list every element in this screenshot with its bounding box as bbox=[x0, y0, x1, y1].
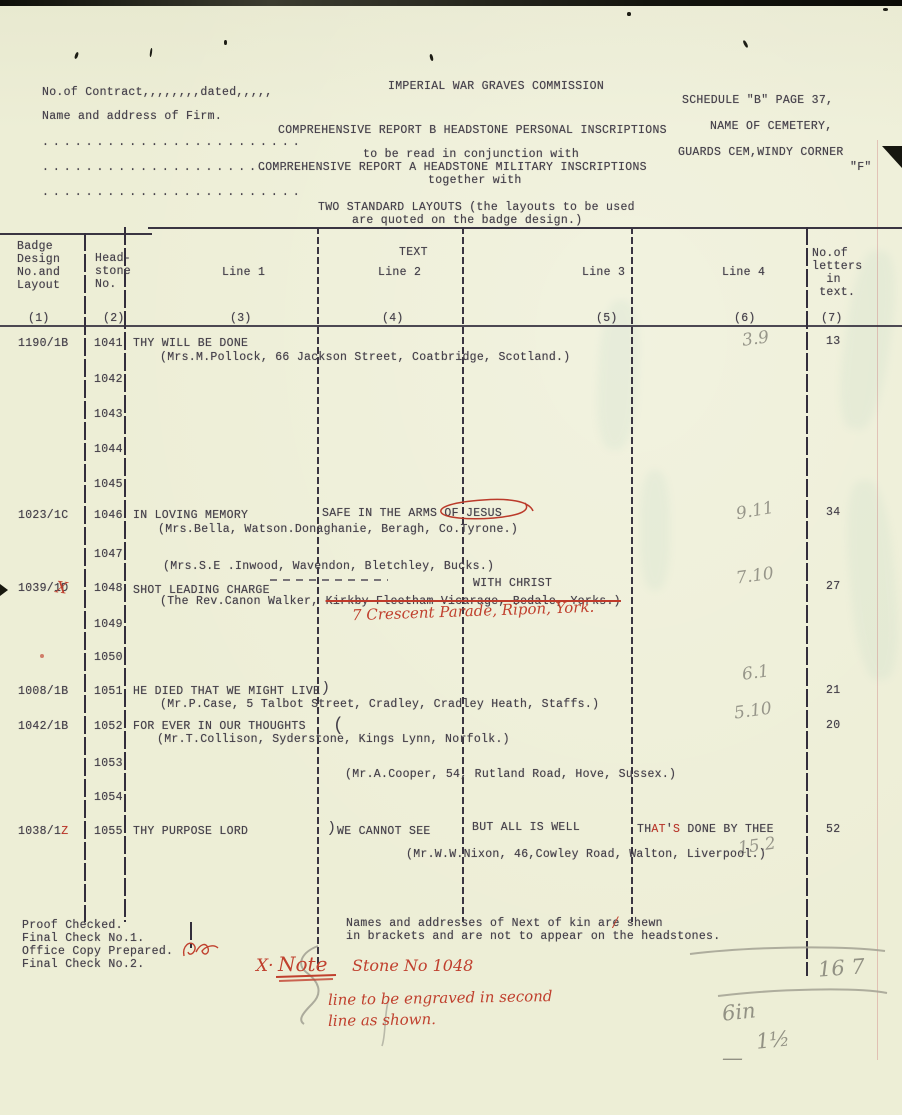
dotted-fill-line: ........................ bbox=[42, 136, 304, 149]
conjunction-line: to be read in conjunction with bbox=[363, 148, 579, 161]
table-top-rule bbox=[148, 227, 902, 229]
headstone-number: 1051 bbox=[94, 685, 123, 698]
next-of-kin-address: (Mrs.M.Pollock, 66 Jackson Street, Coatb… bbox=[160, 351, 570, 364]
layouts-line-1: TWO STANDARD LAYOUTS (the layouts to be … bbox=[318, 201, 635, 214]
headstone-number: 1041 bbox=[94, 337, 123, 350]
red-circle-annotation bbox=[437, 496, 539, 522]
line4-black: TH bbox=[637, 823, 651, 836]
together-line: together with bbox=[428, 174, 522, 187]
pencil-measure-inches: 6in bbox=[721, 998, 757, 1025]
badge-number: 1042/1B bbox=[18, 720, 68, 733]
col-header-line2: Line 2 bbox=[378, 266, 421, 279]
red-note-word: Note bbox=[278, 952, 327, 976]
col-group-text: TEXT bbox=[399, 246, 428, 259]
letter-count: 27 bbox=[826, 580, 840, 593]
letter-count: 52 bbox=[826, 823, 840, 836]
ink-speck bbox=[224, 40, 227, 45]
headstone-number: 1048 bbox=[94, 582, 123, 595]
red-slash-mark: / bbox=[613, 915, 618, 931]
line4-red: AT bbox=[651, 823, 665, 836]
pencil-measurement: 6.1 bbox=[741, 661, 771, 685]
headstone-number: 1047 bbox=[94, 548, 123, 561]
ink-speck bbox=[149, 48, 152, 57]
next-of-kin-address: (Mr.W.W.Nixon, 46,Cowley Road, Walton, L… bbox=[406, 848, 766, 861]
commission-title: IMPERIAL WAR GRAVES COMMISSION bbox=[388, 80, 604, 93]
col-header-letters: No.of letters in text. bbox=[812, 247, 862, 299]
column-rule-6 bbox=[806, 227, 808, 976]
col-header-badge: Badge Design No.and Layout bbox=[17, 240, 60, 292]
firm-name-label: Name and address of Firm. bbox=[42, 110, 222, 123]
col-header-headstone: Head- stone No. bbox=[95, 252, 131, 291]
col-num-7: (7) bbox=[821, 312, 843, 325]
badge-number: 1008/1B bbox=[18, 685, 68, 698]
col-num-6: (6) bbox=[734, 312, 756, 325]
red-note-line2: line as shown. bbox=[328, 1010, 436, 1030]
show-through-stain bbox=[640, 470, 670, 590]
typed-bracket-mark: ) bbox=[320, 680, 331, 698]
headstone-number: 1042 bbox=[94, 373, 123, 386]
typed-bracket-mark: ) bbox=[326, 820, 336, 838]
report-a-title: COMPREHENSIVE REPORT A HEADSTONE MILITAR… bbox=[258, 161, 647, 174]
col-num-4: (4) bbox=[382, 312, 404, 325]
headstone-number: 1053 bbox=[94, 757, 123, 770]
address-prefix: (The Rev.Canon Walker, bbox=[160, 595, 326, 608]
letter-count: 21 bbox=[826, 684, 840, 697]
inscription-line1: THY PURPOSE LORD bbox=[133, 825, 248, 838]
inscription-line1: FOR EVER IN OUR THOUGHTS bbox=[133, 720, 306, 733]
red-ink-dot bbox=[40, 654, 44, 658]
headstone-number: 1044 bbox=[94, 443, 123, 456]
ink-speck bbox=[429, 54, 434, 62]
inscription-line1: HE DIED THAT WE MIGHT LIVE bbox=[133, 685, 320, 698]
headstone-number: 1045 bbox=[94, 478, 123, 491]
headstone-number: 1054 bbox=[94, 791, 123, 804]
red-note-text: Stone No 1048 bbox=[352, 956, 473, 975]
report-b-title: COMPREHENSIVE REPORT B HEADSTONE PERSONA… bbox=[278, 124, 667, 137]
column-rule-2 bbox=[124, 227, 126, 922]
headstone-number: 1055 bbox=[94, 825, 123, 838]
red-x-note-mark: X· bbox=[256, 956, 274, 976]
pencil-measurement: 5.10 bbox=[733, 698, 773, 723]
pencil-totals: 16 7 bbox=[817, 954, 865, 981]
red-initials-mark bbox=[180, 936, 222, 962]
table-top-rule-left bbox=[0, 233, 152, 235]
column-rule-4 bbox=[462, 227, 464, 922]
line4-black: DONE BY THEE bbox=[680, 823, 774, 836]
next-of-kin-address: (Mr.A.Cooper, 54, Rutland Road, Hove, Su… bbox=[345, 768, 676, 781]
headstone-number: 1052 bbox=[94, 720, 123, 733]
page-corner-fold-mark bbox=[882, 146, 902, 168]
col-header-line4: Line 4 bbox=[722, 266, 765, 279]
letter-count: 13 bbox=[826, 335, 840, 348]
col-num-3: (3) bbox=[230, 312, 252, 325]
layouts-line-2: are quoted on the badge design.) bbox=[352, 214, 582, 227]
badge-number: 1023/1C bbox=[18, 509, 68, 522]
proof-checked-label: Proof Checked. bbox=[22, 919, 123, 932]
inscription-line3: WITH CHRIST bbox=[473, 577, 552, 590]
col-num-5: (5) bbox=[596, 312, 618, 325]
inscription-line3: BUT ALL IS WELL bbox=[472, 821, 580, 834]
left-margin-mark bbox=[0, 584, 8, 596]
cemetery-label: NAME OF CEMETERY, bbox=[710, 120, 832, 133]
pencil-measurement: 3.9 bbox=[741, 327, 771, 351]
office-copy-label: Office Copy Prepared. bbox=[22, 945, 173, 958]
headstone-number: 1043 bbox=[94, 408, 123, 421]
document-page: No.of Contract,,,,,,,,dated,,,,, Name an… bbox=[0, 0, 902, 1115]
pencil-measurement: 9.11 bbox=[735, 498, 776, 524]
col-header-line3: Line 3 bbox=[582, 266, 625, 279]
pencil-dash-mark: — bbox=[722, 1046, 743, 1070]
inscription-line4: THAT'S DONE BY THEE bbox=[637, 823, 774, 836]
column-rule-5 bbox=[631, 227, 633, 922]
contract-number-line: No.of Contract,,,,,,,,dated,,,,, bbox=[42, 86, 272, 99]
final-check-1-label: Final Check No.1. bbox=[22, 932, 144, 945]
inscription-line2: WE CANNOT SEE bbox=[337, 825, 431, 838]
badge-number-red-suffix: Z bbox=[61, 825, 68, 838]
badge-number: 1190/1B bbox=[18, 337, 68, 350]
col-num-1: (1) bbox=[28, 312, 50, 325]
pencil-measurement: 7.10 bbox=[735, 563, 775, 588]
dotted-fill-line: ........................ bbox=[42, 186, 304, 199]
col-header-line1: Line 1 bbox=[222, 266, 265, 279]
headstone-number: 1046 bbox=[94, 509, 123, 522]
cemetery-letter: "F" bbox=[850, 161, 872, 174]
typed-dash-guide bbox=[270, 579, 388, 581]
pencil-fraction: 1½ bbox=[755, 1026, 791, 1053]
badge-number: 1038/1Z bbox=[18, 825, 68, 838]
next-of-kin-address: (Mr.T.Collison, Syderstone, Kings Lynn, … bbox=[157, 733, 510, 746]
ink-speck bbox=[742, 40, 748, 48]
line4-black: ' bbox=[666, 823, 673, 836]
inscription-line1: THY WILL BE DONE bbox=[133, 337, 248, 350]
red-note-line1: line to be engraved in second bbox=[328, 987, 553, 1009]
letter-count: 34 bbox=[826, 506, 840, 519]
ink-speck bbox=[74, 52, 79, 60]
scan-top-edge bbox=[0, 0, 902, 6]
next-of-kin-address: (Mrs.S.E .Inwood, Wavendon, Bletchley, B… bbox=[163, 560, 494, 573]
next-of-kin-address: (Mr.P.Case, 5 Talbot Street, Cradley, Cr… bbox=[160, 698, 599, 711]
col-num-2: (2) bbox=[103, 312, 125, 325]
ink-speck bbox=[883, 8, 888, 11]
inscription-line1: IN LOVING MEMORY bbox=[133, 509, 248, 522]
letter-count: 20 bbox=[826, 719, 840, 732]
paper-margin-rule bbox=[877, 140, 878, 1060]
final-check-2-label: Final Check No.2. bbox=[22, 958, 144, 971]
headstone-number: 1050 bbox=[94, 651, 123, 664]
headstone-number: 1049 bbox=[94, 618, 123, 631]
show-through-stain bbox=[841, 478, 902, 681]
badge-number-black: 1038/1 bbox=[18, 825, 61, 838]
column-rule-1 bbox=[84, 233, 86, 922]
ink-speck bbox=[627, 12, 631, 16]
schedule-page-label: SCHEDULE "B" PAGE 37, bbox=[682, 94, 833, 107]
nok-note-line2: in brackets and are not to appear on the… bbox=[346, 930, 720, 943]
next-of-kin-address: (Mrs.Bella, Watson.Donaghanie, Beragh, C… bbox=[158, 523, 518, 536]
cemetery-name: GUARDS CEM,WINDY CORNER bbox=[678, 146, 844, 159]
